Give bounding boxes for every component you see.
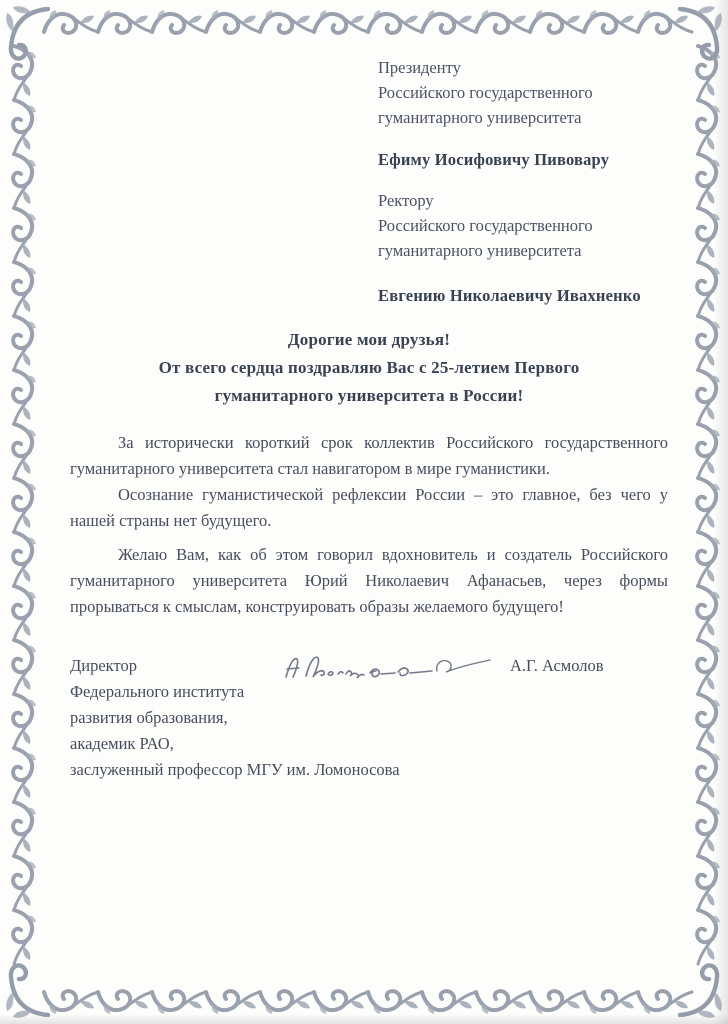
signer-title-line: заслуженный профессор МГУ им. Ломоносова — [70, 757, 668, 783]
paragraph-1: За исторически короткий срок коллектив Р… — [70, 430, 668, 482]
recipient-line: Президенту — [378, 55, 668, 80]
recipient-name-pivovar: Ефиму Иосифовичу Пивовару — [378, 147, 668, 172]
signer-title-line: развития образования, — [70, 705, 668, 731]
recipient-line: гуманитарного университета — [378, 238, 668, 263]
recipient-block-president: Президенту Российского государственного … — [378, 55, 668, 172]
recipient-block-rector: Ректору Российского государственного гум… — [378, 188, 668, 308]
recipient-line: гуманитарного университета — [378, 105, 668, 130]
signer-title-line: академик РАО, — [70, 731, 668, 757]
signer-name: А.Г. Асмолов — [510, 653, 604, 679]
heading-line: От всего сердца поздравляю Вас с 25-лети… — [70, 354, 668, 382]
paragraph-3: Желаю Вам, как об этом говорил вдохновит… — [70, 542, 668, 620]
letter-heading: Дорогие мои друзья! От всего сердца позд… — [70, 326, 668, 410]
signature-block: Директор Федерального института развития… — [70, 653, 668, 783]
recipient-name-ivakhnenko: Евгению Николаевичу Ивахненко — [378, 283, 668, 308]
heading-line: гуманитарного университета в России! — [70, 382, 668, 410]
letter-content: Президенту Российского государственного … — [0, 0, 728, 1024]
scanned-letter-page: Президенту Российского государственного … — [0, 0, 728, 1024]
recipient-line: Ректору — [378, 188, 668, 213]
recipient-line: Российского государственного — [378, 213, 668, 238]
heading-line: Дорогие мои друзья! — [70, 326, 668, 354]
handwritten-signature-scribble — [282, 649, 497, 685]
recipient-line: Российского государственного — [378, 80, 668, 105]
paragraph-2: Осознание гуманистической рефлексии Росс… — [70, 482, 668, 534]
